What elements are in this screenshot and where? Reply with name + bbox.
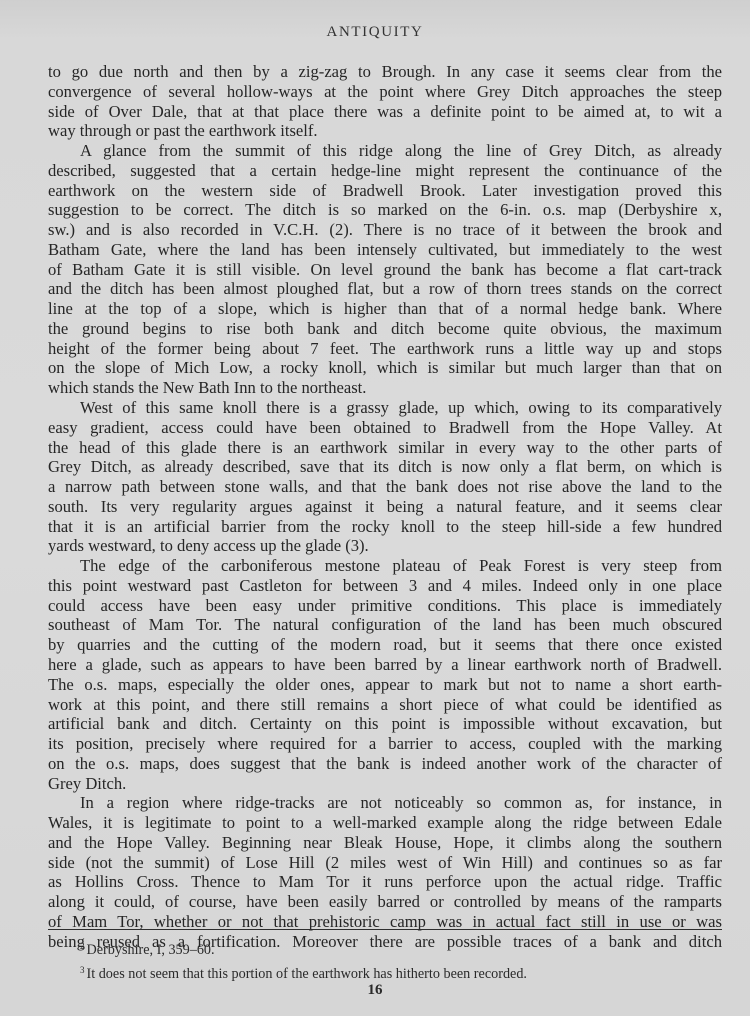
text-line: that it is an artificial barrier from th… (48, 517, 722, 537)
footnote-mark: 2 (80, 941, 85, 951)
text-line: side of Over Dale, that at that place th… (48, 102, 722, 122)
footnotes: 2Derbyshire, I, 359–60. 3It does not see… (80, 936, 720, 984)
text-line: Batham Gate, where the land has been int… (48, 240, 722, 260)
text-line: and the Hope Valley. Beginning near Blea… (48, 833, 722, 853)
text-line: and the ditch has been almost ploughed f… (48, 279, 722, 299)
text-line: along it could, of course, have been eas… (48, 892, 722, 912)
text-line: sw.) and is also recorded in V.C.H. (2).… (48, 220, 722, 240)
text-line: the ground begins to rise both bank and … (48, 319, 722, 339)
text-line: of Batham Gate it is still visible. On l… (48, 260, 722, 280)
text-line: easy gradient, access could have been ob… (48, 418, 722, 438)
text-line: south. Its very regularity argues agains… (48, 497, 722, 517)
text-line: height of the former being about 7 feet.… (48, 339, 722, 359)
footnote: 2Derbyshire, I, 359–60. (80, 936, 720, 960)
footnote-text: Derbyshire, I, 359–60. (87, 942, 215, 958)
body-text: to go due north and then by a zig-zag to… (48, 62, 722, 951)
text-line: this point westward past Castleton for b… (48, 576, 722, 596)
text-line: which stands the New Bath Inn to the nor… (48, 378, 722, 398)
footnote-mark: 3 (80, 965, 85, 975)
text-line: could access have been easy under primit… (48, 596, 722, 616)
text-line: In a region where ridge-tracks are not n… (48, 793, 722, 813)
text-line: Grey Ditch. (48, 774, 722, 794)
text-line: earthwork on the western side of Bradwel… (48, 181, 722, 201)
text-line: suggestion to be correct. The ditch is s… (48, 200, 722, 220)
text-line: by quarries and the cutting of the moder… (48, 635, 722, 655)
text-line: work at this point, and there still rema… (48, 695, 722, 715)
footnote: 3It does not seem that this portion of t… (80, 960, 720, 984)
text-line: Wales, it is legitimate to point to a we… (48, 813, 722, 833)
paragraph: A glance from the summit of this ridge a… (48, 141, 722, 398)
paragraph: In a region where ridge-tracks are not n… (48, 793, 722, 951)
text-line: a narrow path between stone walls, and t… (48, 477, 722, 497)
text-line: West of this same knoll there is a grass… (48, 398, 722, 418)
text-line: on the slope of Mich Low, a rocky knoll,… (48, 358, 722, 378)
paragraph: to go due north and then by a zig-zag to… (48, 62, 722, 141)
paragraph: The edge of the carboniferous mestone pl… (48, 556, 722, 793)
text-line: here a glade, such as appears to have be… (48, 655, 722, 675)
text-line: on the o.s. maps, does suggest that the … (48, 754, 722, 774)
text-line: side (not the summit) of Lose Hill (2 mi… (48, 853, 722, 873)
text-line: artificial bank and ditch. Certainty on … (48, 714, 722, 734)
page-number: 16 (0, 982, 750, 999)
text-line: A glance from the summit of this ridge a… (48, 141, 722, 161)
footnote-text: It does not seem that this portion of th… (87, 966, 527, 982)
running-head: ANTIQUITY (0, 24, 750, 41)
text-line: described, suggested that a certain hedg… (48, 161, 722, 181)
text-line: line at the top of a slope, which is hig… (48, 299, 722, 319)
text-line: to go due north and then by a zig-zag to… (48, 62, 722, 82)
text-line: as Hollins Cross. Thence to Mam Tor it r… (48, 872, 722, 892)
text-line: yards westward, to deny access up the gl… (48, 536, 722, 556)
text-line: Grey Ditch, as already described, save t… (48, 457, 722, 477)
text-line: southeast of Mam Tor. The natural config… (48, 615, 722, 635)
text-line: way through or past the earthwork itself… (48, 121, 722, 141)
text-line: its position, precisely where required f… (48, 734, 722, 754)
text-line: the head of this glade there is an earth… (48, 438, 722, 458)
text-line: The edge of the carboniferous mestone pl… (48, 556, 722, 576)
text-line: The o.s. maps, especially the older ones… (48, 675, 722, 695)
paragraph: West of this same knoll there is a grass… (48, 398, 722, 556)
text-line: convergence of several hollow-ways at th… (48, 82, 722, 102)
footnote-divider (48, 929, 722, 930)
